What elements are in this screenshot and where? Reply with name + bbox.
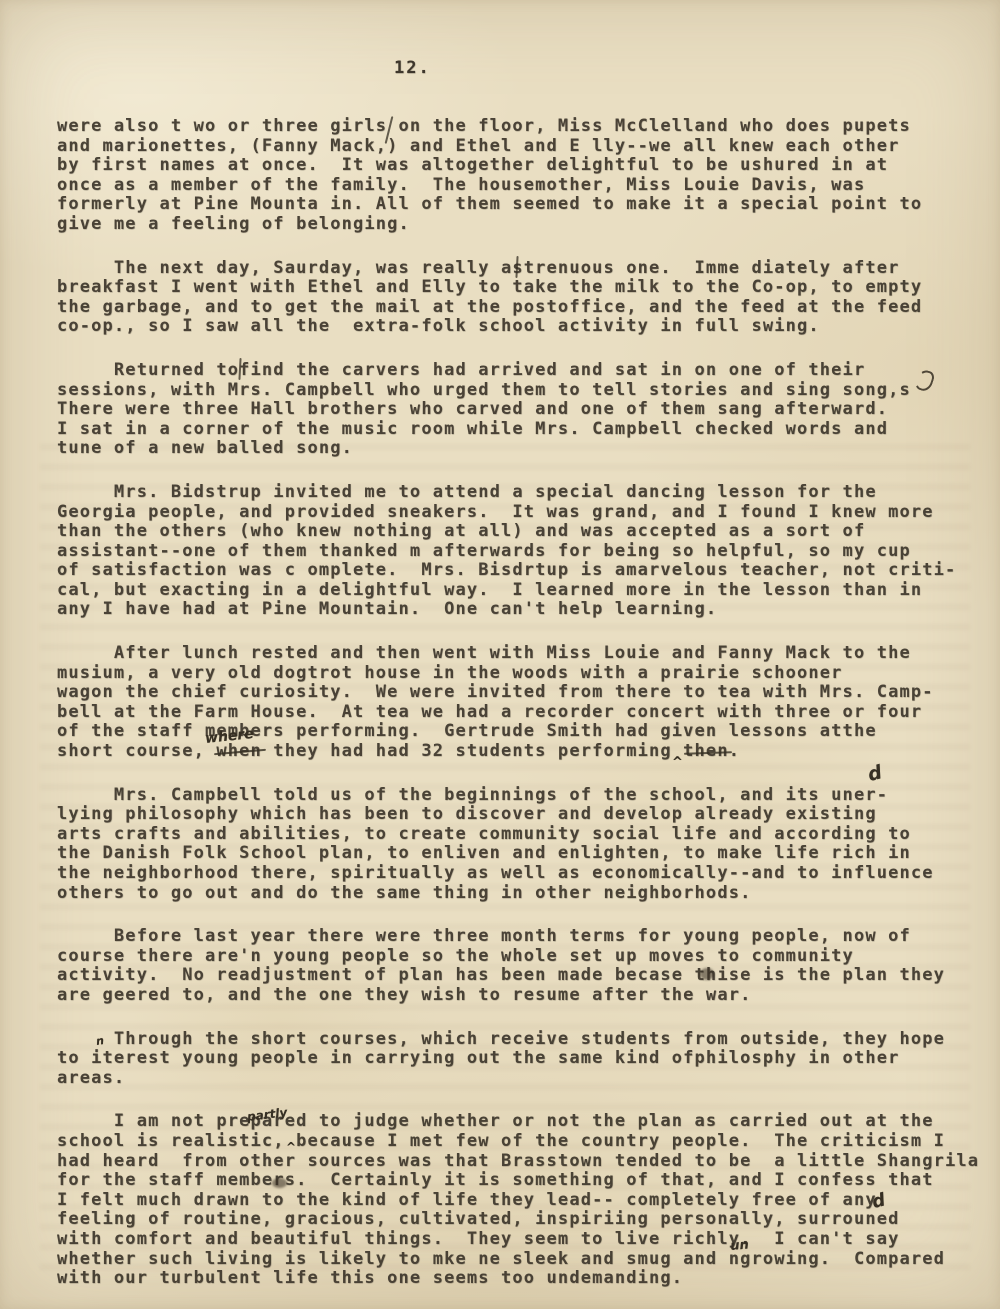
page-number: 12. [394, 58, 431, 78]
text-line: co-op., so I saw all the extra-folk scho… [57, 317, 987, 337]
text-line: short course, when they had had 32 stude… [57, 742, 987, 762]
paragraph: Returned tofind the carvers had arrived … [57, 361, 987, 459]
text-line: I am not prepared to judge whether or no… [57, 1112, 987, 1132]
text-line: for the staff members. Certainly it is s… [57, 1171, 987, 1191]
text-line: arts crafts and abilities, to create com… [57, 825, 987, 845]
document-page: 12. were also t wo or three girls on the… [0, 0, 1000, 1309]
paragraph: The next day, Saurday, was really astren… [57, 259, 987, 337]
text-line: assistant--one of them thanked m afterwa… [57, 542, 987, 562]
text-line: cal, but exacting in a delightful way. I… [57, 581, 987, 601]
text-line: were also t wo or three girls on the flo… [57, 117, 987, 137]
text-line: After lunch rested and then went with Mi… [57, 644, 987, 664]
text-line: had heard from other sources was that Br… [57, 1152, 987, 1172]
text-line: tune of a new balled song. [57, 439, 987, 459]
text-line: Through the short courses, which receive… [57, 1030, 987, 1050]
text-line: bell at the Farm House. At tea we had a … [57, 703, 987, 723]
text-line: once as a member of the family. The hous… [57, 176, 987, 196]
paragraph: Before last year there were three month … [57, 927, 987, 1005]
paragraph: I am not prepared to judge whether or no… [57, 1112, 987, 1288]
text-line: and marionettes, (Fanny Mack,) and Ethel… [57, 137, 987, 157]
text-line: Returned tofind the carvers had arrived … [57, 361, 987, 381]
text-line: the neighborhood there, spiritually as w… [57, 864, 987, 884]
text-line: I sat in a corner of the music room whil… [57, 420, 987, 440]
text-line: the Danish Folk School plan, to enliven … [57, 844, 987, 864]
text-line: to iterest young people in carrying out … [57, 1049, 987, 1069]
text-line: Before last year there were three month … [57, 927, 987, 947]
text-line: with comfort and beautiful things. They … [57, 1230, 987, 1250]
text-line: of the staff members performing. Gertrud… [57, 722, 987, 742]
text-line: with our turbulent life this one seems t… [57, 1269, 987, 1289]
paragraph: were also t wo or three girls on the flo… [57, 117, 987, 235]
paragraph: Mrs. Bidstrup invited me to attend a spe… [57, 483, 987, 620]
text-line: whether such living is likely to mke ne … [57, 1250, 987, 1270]
text-line: Georgia people, and provided sneakers. I… [57, 503, 987, 523]
text-line: are geered to, and the one they wish to … [57, 986, 987, 1006]
text-line: I felt much drawn to the kind of life th… [57, 1191, 987, 1211]
text-line: others to go out and do the same thing i… [57, 884, 987, 904]
text-line: by first names at once. It was altogethe… [57, 156, 987, 176]
document-text: were also t wo or three girls on the flo… [57, 117, 987, 1309]
paragraph: Mrs. Campbell told us of the beginnings … [57, 786, 987, 904]
text-line: give me a feeling of belonging. [57, 215, 987, 235]
text-line: of satisfaction was c omplete. Mrs. Bisd… [57, 561, 987, 581]
paragraph: Through the short courses, which receive… [57, 1030, 987, 1089]
paragraph: After lunch rested and then went with Mi… [57, 644, 987, 762]
text-line: any I have had at Pine Mountain. One can… [57, 600, 987, 620]
text-line: feeling of routine, gracious, cultivated… [57, 1210, 987, 1230]
text-line: areas. [57, 1069, 987, 1089]
text-line: the garbage, and to get the mail at the … [57, 298, 987, 318]
text-line: formerly at Pine Mounta in. All of them … [57, 195, 987, 215]
text-line: wagon the chief curiosity. We were invit… [57, 683, 987, 703]
text-line: The next day, Saurday, was really astren… [57, 259, 987, 279]
text-line: lying philosophy which has been to disco… [57, 805, 987, 825]
text-line: sessions, with Mrs. Campbell who urged t… [57, 381, 987, 401]
text-line: Mrs. Bidstrup invited me to attend a spe… [57, 483, 987, 503]
text-line: school is realistic, because I met few o… [57, 1132, 987, 1152]
text-line: course there are'n young people so the w… [57, 947, 987, 967]
text-line: There were three Hall brothers who carve… [57, 400, 987, 420]
text-line: than the others (who knew nothing at all… [57, 522, 987, 542]
text-line: Mrs. Campbell told us of the beginnings … [57, 786, 987, 806]
text-line: musium, a very old dogtrot house in the … [57, 664, 987, 684]
text-line: breakfast I went with Ethel and Elly to … [57, 278, 987, 298]
text-line: activity. No readjustment of plan has be… [57, 966, 987, 986]
